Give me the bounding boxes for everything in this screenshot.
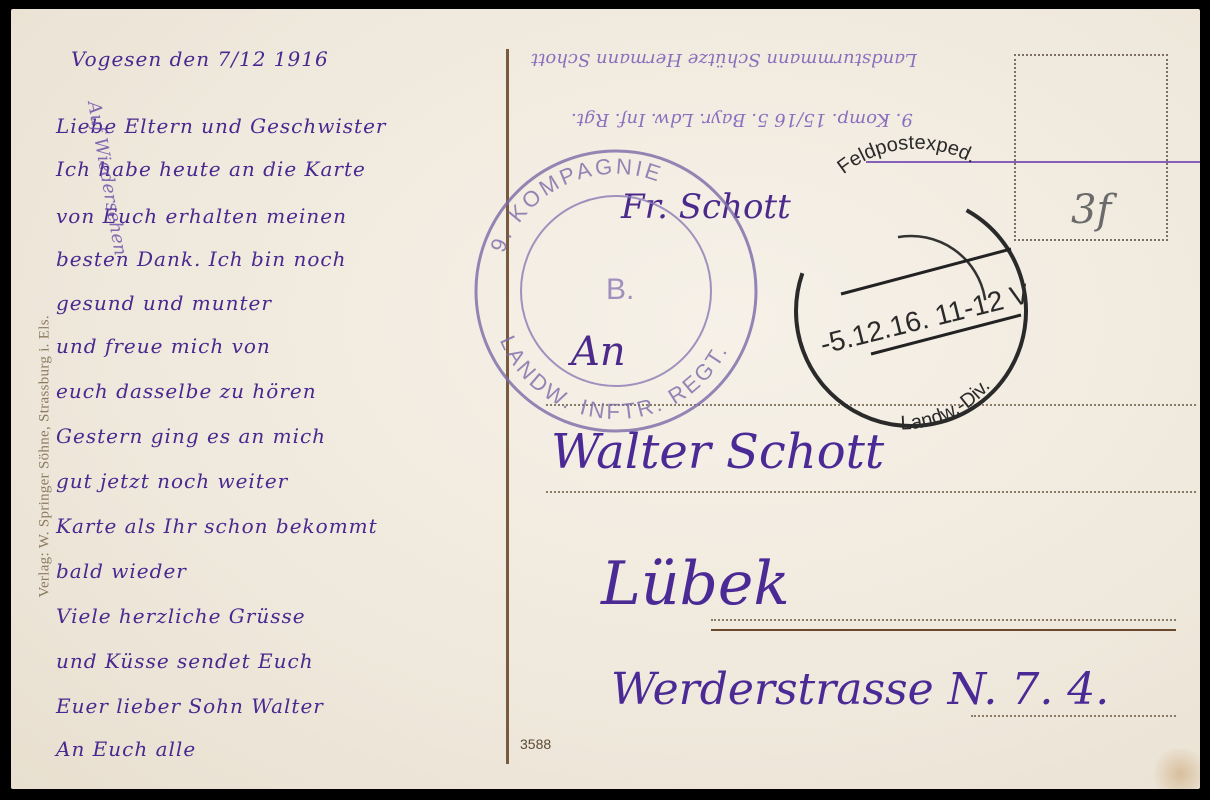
field-post-postmark: Feldpostexped. Landw.-Div. -5.12.16. 11-…	[754, 132, 1068, 468]
svg-text:-5.12.16. 11-12 V: -5.12.16. 11-12 V	[817, 278, 1033, 360]
postmarks: 9. KOMPAGNIE LANDW. INFTR. REGT. B. Feld…	[11, 9, 1200, 789]
postcard-back: Verlag: W. Springer Söhne, Strassburg i.…	[11, 9, 1200, 789]
regiment-stamp: 9. KOMPAGNIE LANDW. INFTR. REGT. B.	[476, 151, 756, 431]
svg-text:B.: B.	[606, 273, 634, 306]
svg-text:LANDW. INFTR. REGT.: LANDW. INFTR. REGT.	[495, 332, 733, 424]
svg-text:Feldpostexped.: Feldpostexped.	[833, 132, 980, 179]
